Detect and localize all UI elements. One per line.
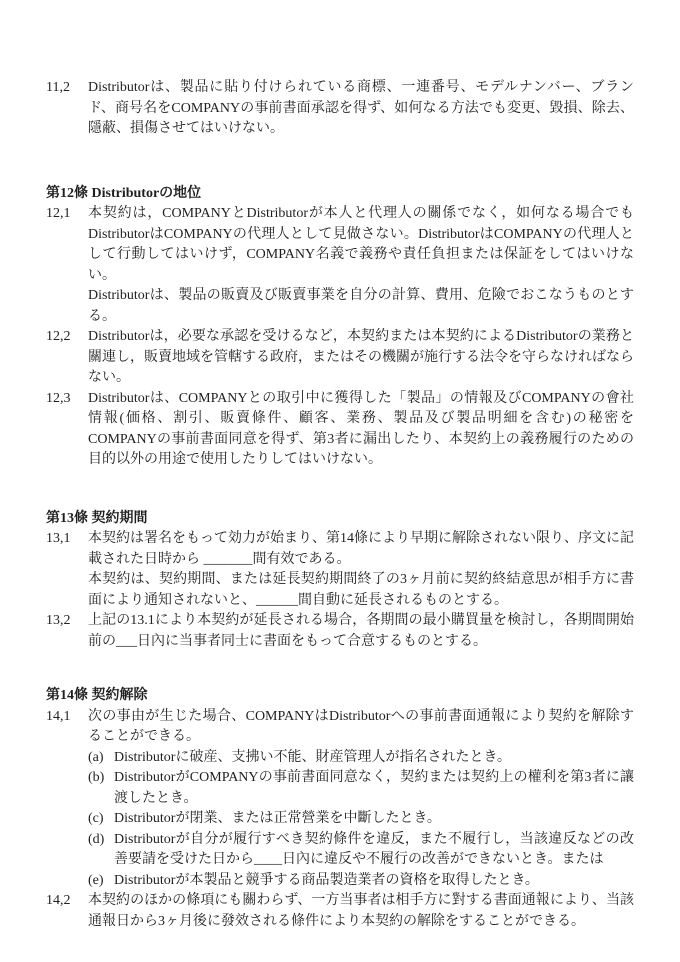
clause-body: 次の事由が生じた場合、COMPANYはDistributorへの事前書面通報によ…: [88, 707, 634, 892]
clause-paragraph: Distributorは、COMPANYとの取引中に獲得した「製品」の情報及びC…: [88, 389, 634, 471]
subclause-label: (e): [88, 871, 114, 892]
article-12-heading: 第12條 Distributorの地位: [46, 184, 634, 205]
clause-14-1: 14,1 次の事由が生じた場合、COMPANYはDistributorへの事前書…: [46, 707, 634, 892]
clause-body: 本契約のほかの條項にも關わらず、一方当事者は相手方に對する書面通報により、当該通…: [88, 891, 634, 932]
clause-number: 13,2: [46, 611, 88, 632]
clause-number: 13,1: [46, 529, 88, 550]
clause-body: Distributorは、製品に貼り付けられている商標、一連番号、モデルナンバー…: [88, 78, 634, 140]
clause-12-3: 12,3 Distributorは、COMPANYとの取引中に獲得した「製品」の…: [46, 389, 634, 471]
clause-paragraph: 上記の13.1により本契約が延長される場合，各期間の最小購買量を検討し，各期間開…: [88, 611, 634, 652]
subclause-d: (d) Distributorが自分が履行すべき契約條件を違反，また不履行し，当…: [88, 830, 634, 871]
clause-body: 上記の13.1により本契約が延長される場合，各期間の最小購買量を検討し，各期間開…: [88, 611, 634, 652]
clause-paragraph: 本契約は，COMPANYとDistributorが本人と代理人の關係でなく，如何…: [88, 204, 634, 286]
clause-body: 本契約は，COMPANYとDistributorが本人と代理人の關係でなく，如何…: [88, 204, 634, 327]
clause-paragraph: 本契約は、契約期間、または延長契約期間終了の3ヶ月前に契約終結意思が相手方に書面…: [88, 570, 634, 611]
clause-12-1: 12,1 本契約は，COMPANYとDistributorが本人と代理人の關係で…: [46, 204, 634, 327]
subclause-b: (b) DistributorがCOMPANYの事前書面同意なく，契約または契約…: [88, 768, 634, 809]
clause-paragraph: Distributorは、製品の販賣及び販賣事業を自分の計算、費用、危險でおこな…: [88, 286, 634, 327]
subclause-a: (a) Distributorに破産、支拂い不能、財産管理人が指名されたとき。: [88, 748, 634, 769]
clause-number: 12,1: [46, 204, 88, 225]
document-content: 11,2 Distributorは、製品に貼り付けられている商標、一連番号、モデ…: [46, 78, 634, 932]
clause-13-2: 13,2 上記の13.1により本契約が延長される場合，各期間の最小購買量を検討し…: [46, 611, 634, 652]
clause-paragraph: 次の事由が生じた場合、COMPANYはDistributorへの事前書面通報によ…: [88, 707, 634, 748]
subclause-text: Distributorが本製品と競爭する商品製造業者の資格を取得したとき。: [114, 871, 634, 892]
subclause-text: Distributorに破産、支拂い不能、財産管理人が指名されたとき。: [114, 748, 634, 769]
subclause-c: (c) Distributorが閉業、または正常營業を中斷したとき。: [88, 809, 634, 830]
subclause-label: (b): [88, 768, 114, 789]
article-14-heading: 第14條 契約解除: [46, 686, 634, 707]
contract-document-page: 11,2 Distributorは、製品に貼り付けられている商標、一連番号、モデ…: [0, 0, 680, 962]
clause-number: 11,2: [46, 78, 88, 99]
subclause-label: (c): [88, 809, 114, 830]
subclause-text: Distributorが自分が履行すべき契約條件を違反，また不履行し，当該違反な…: [114, 830, 634, 871]
clause-number: 12,2: [46, 327, 88, 348]
clause-paragraph: 本契約は署名をもって効力が始まり、第14條により早期に解除されない限り、序文に記…: [88, 529, 634, 570]
clause-14-2: 14,2 本契約のほかの條項にも關わらず、一方当事者は相手方に對する書面通報によ…: [46, 891, 634, 932]
clause-paragraph: Distributorは、製品に貼り付けられている商標、一連番号、モデルナンバー…: [88, 78, 634, 140]
clause-number: 14,1: [46, 707, 88, 728]
clause-paragraph: 本契約のほかの條項にも關わらず、一方当事者は相手方に對する書面通報により、当該通…: [88, 891, 634, 932]
subclause-label: (d): [88, 830, 114, 851]
clause-13-1: 13,1 本契約は署名をもって効力が始まり、第14條により早期に解除されない限り…: [46, 529, 634, 611]
clause-body: 本契約は署名をもって効力が始まり、第14條により早期に解除されない限り、序文に記…: [88, 529, 634, 611]
clause-number: 14,2: [46, 891, 88, 912]
subclause-label: (a): [88, 748, 114, 769]
clause-body: Distributorは，必要な承認を受けるなど，本契約または本契約によるDis…: [88, 327, 634, 389]
clause-paragraph: Distributorは，必要な承認を受けるなど，本契約または本契約によるDis…: [88, 327, 634, 389]
subclause-text: DistributorがCOMPANYの事前書面同意なく，契約または契約上の權利…: [114, 768, 634, 809]
article-13-heading: 第13條 契約期間: [46, 509, 634, 530]
clause-body: Distributorは、COMPANYとの取引中に獲得した「製品」の情報及びC…: [88, 389, 634, 471]
clause-11-2: 11,2 Distributorは、製品に貼り付けられている商標、一連番号、モデ…: [46, 78, 634, 140]
clause-number: 12,3: [46, 389, 88, 410]
clause-12-2: 12,2 Distributorは，必要な承認を受けるなど，本契約または本契約に…: [46, 327, 634, 389]
subclause-text: Distributorが閉業、または正常營業を中斷したとき。: [114, 809, 634, 830]
subclause-e: (e) Distributorが本製品と競爭する商品製造業者の資格を取得したとき…: [88, 871, 634, 892]
